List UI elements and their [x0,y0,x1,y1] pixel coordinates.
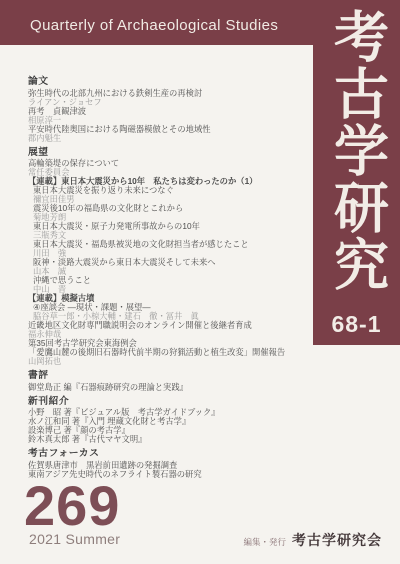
toc-item: 東日本大震災・福島県被災地の文化財担当者が感じたこと川田 強 [28,240,310,258]
publisher-name: 考古学研究会 [292,530,382,550]
journal-english-title: Quarterly of Archaeological Studies [0,11,278,34]
item-title: 再考 貞観津波 [28,107,310,116]
item-title: 高輪築堤の保存について [28,159,310,168]
item-author: 山岡拓也 [28,357,310,366]
journal-cover: Quarterly of Archaeological Studies 考古学研… [0,0,400,564]
item-author: 郡内魁生 [28,134,310,143]
section-heading: 書評 [28,371,310,382]
item-title: 鈴木真太郎 著『古代マヤ文明』 [28,435,310,444]
item-title: 東日本大震災・福島県被災地の文化財担当者が感じたこと [33,240,310,249]
section-heading: 考古フォーカス [28,449,310,460]
item-title: 平安時代陸奥国における陶磁器模倣とその地域性 [28,125,310,134]
toc-item: 鈴木真太郎 著『古代マヤ文明』 [28,435,310,444]
table-of-contents: 論文弥生時代の北部九州における鉄剣生産の再検討ライアン・ジョセフ再考 貞観津波相… [28,77,310,484]
journal-title-vertical: 考古学研究 [329,8,384,293]
toc-item: 第35回考古学研究会東海例会「愛鷹山麓の後期旧石器時代前半期の狩猟活動と植生改変… [28,339,310,366]
publisher: 編集・発行 考古学研究会 [243,530,382,550]
toc-section: 論文弥生時代の北部九州における鉄剣生産の再検討ライアン・ジョセフ再考 貞観津波相… [28,77,310,143]
item-title: 震災後10年の福島県の文化財とこれから [33,204,310,213]
toc-section: 書評御堂島正 編『石器痕跡研究の理論と実践』 [28,371,310,392]
toc-item: 近畿地区文化財専門職説明会のオンライン開催と後継者育成福永伸哉 [28,321,310,339]
season-label: 2021 Summer [29,531,120,547]
item-title: 阪神・淡路大震災から東日本大震災そして未来へ [33,258,310,267]
issue-number-label: 68-1 [313,311,400,338]
item-title: 近畿地区文化財専門職説明会のオンライン開催と後継者育成 [28,321,310,330]
toc-section: 展望高輪築堤の保存について常任委員会【連載】東日本大震災から10年 私たちは変わ… [28,148,310,367]
section-heading: 新刊紹介 [28,397,310,408]
toc-item: 御堂島正 編『石器痕跡研究の理論と実践』 [28,383,310,392]
toc-item: 阪神・淡路大震災から東日本大震災そして未来へ山本 誠 [28,258,310,276]
item-title: 沖縄で思うこと [33,276,310,285]
toc-section: 新刊紹介小野 昭 著『ビジュアル版 考古学ガイドブック』水ノ江和同 著『入門 埋… [28,397,310,445]
item-title: 「愛鷹山麓の後期旧石器時代前半期の狩猟活動と植生改変」開催報告 [28,348,310,357]
toc-item: ④座談会 ―現状・課題・展望―脇谷草一郎・小椋大輔・建石 徹・冨井 眞 [28,303,310,321]
item-title: 東日本大震災を振り返り未来につなぐ [33,186,310,195]
item-title: 東日本大震災・原子力発電所事故からの10年 [33,222,310,231]
toc-item: 高輪築堤の保存について常任委員会 [28,159,310,177]
section-heading: 展望 [28,148,310,159]
item-title: 御堂島正 編『石器痕跡研究の理論と実践』 [28,383,310,392]
toc-item: 東日本大震災・原子力発電所事故からの10年三瓶秀文 [28,222,310,240]
issue-big-number: 269 [24,478,120,534]
publisher-label: 編集・発行 [243,536,286,548]
spine-band: 考古学研究 68-1 [313,0,400,345]
section-heading: 論文 [28,77,310,88]
toc-item: 東日本大震災を振り返り未来につなぐ禰宜田佳男 [28,186,310,204]
toc-item: 沖縄で思うこと中山 晋 [28,276,310,294]
toc-item: 平安時代陸奥国における陶磁器模倣とその地域性郡内魁生 [28,125,310,143]
toc-item: 震災後10年の福島県の文化財とこれから菊地芳朗 [28,204,310,222]
toc-item: 再考 貞観津波相原淳一 [28,107,310,125]
toc-item: 弥生時代の北部九州における鉄剣生産の再検討ライアン・ジョセフ [28,89,310,107]
